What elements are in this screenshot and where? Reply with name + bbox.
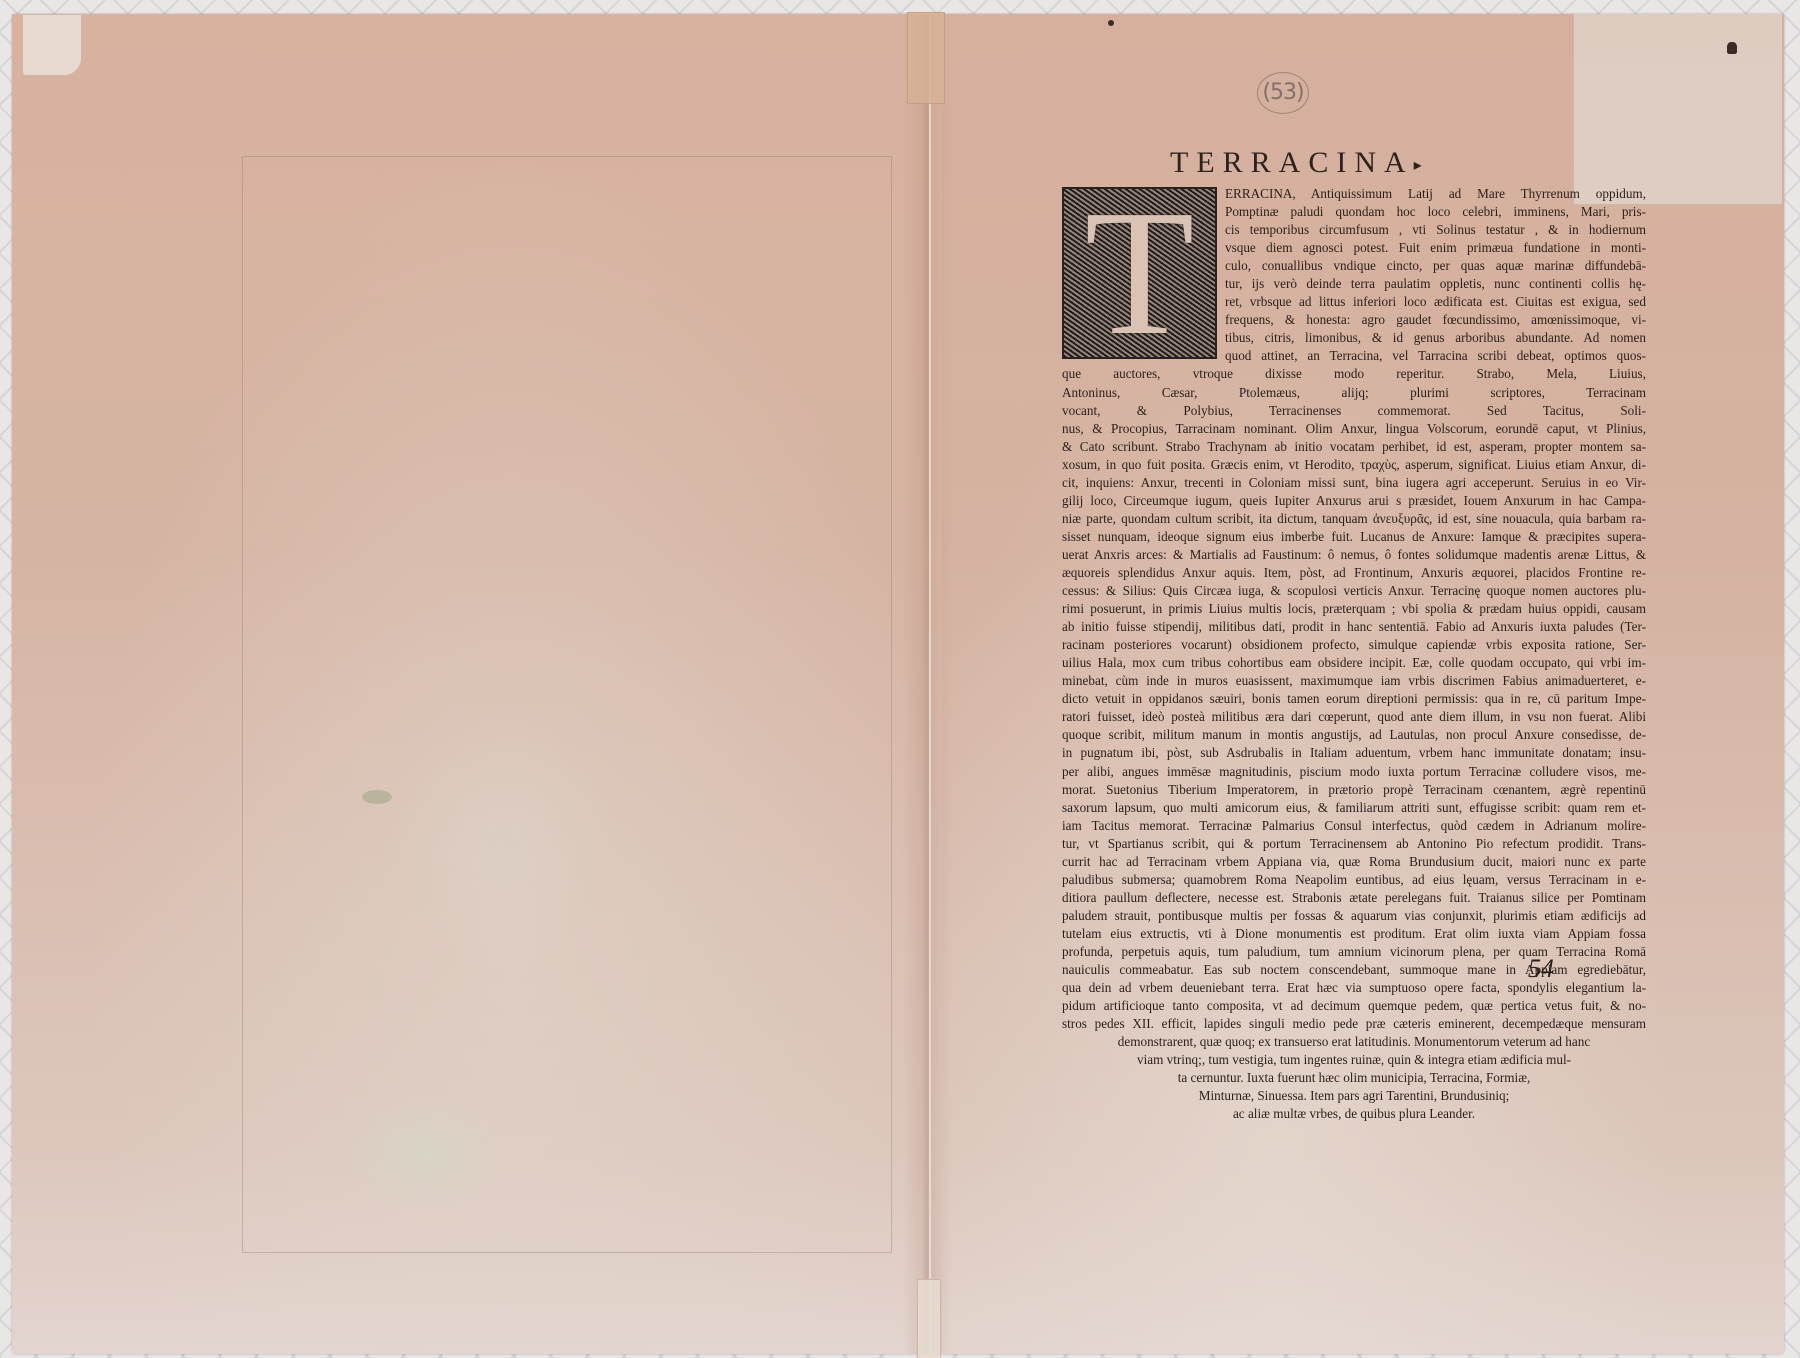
green-spot bbox=[362, 790, 392, 804]
text-line: cit, inquiens: Anxur, trecenti in Coloni… bbox=[1062, 474, 1646, 492]
folio-number: 54 bbox=[1528, 954, 1554, 984]
center-fold bbox=[929, 14, 931, 1354]
text-line: niæ parte, quondam cultum scribit, ita d… bbox=[1062, 510, 1646, 528]
text-line: rimi posuerunt, in primis Liuius multis … bbox=[1062, 600, 1646, 618]
hinge-tape-bottom bbox=[917, 1279, 941, 1358]
text-line: profunda, perpetuis aquis, tum paludium,… bbox=[1062, 943, 1646, 961]
text-line: culo, conuallibus vndique cincto, per qu… bbox=[1225, 257, 1646, 275]
text-line: quoque scribit, militum manum in montis … bbox=[1062, 726, 1646, 744]
text-line: ditiora paullum deflectere, necesse est.… bbox=[1062, 889, 1646, 907]
text-line: paludem strauit, pontibusque multis per … bbox=[1062, 907, 1646, 925]
text-full-width: nus, & Procopius, Tarracinam nominant. O… bbox=[1062, 420, 1646, 1034]
repair-tape-corner bbox=[1573, 14, 1782, 205]
text-line: saxorum lapsum, quo multi amicorum eius,… bbox=[1062, 799, 1646, 817]
text-line: demonstrarent, quæ quoq; ex transuerso e… bbox=[1062, 1033, 1646, 1051]
text-line: ratori fuisset, ideò posteà militibus ær… bbox=[1062, 708, 1646, 726]
text-line: vsque diem agnosci potest. Fuit enim pri… bbox=[1225, 239, 1646, 257]
text-line: gilij loco, Circeumque iugum, queis Iupi… bbox=[1062, 492, 1646, 510]
title-text: TERRACINA bbox=[1170, 146, 1414, 179]
page-title: TERRACINA▸ bbox=[1170, 146, 1422, 180]
text-line: tur, ijs verò deinde terra paulatim oppl… bbox=[1225, 275, 1646, 293]
text-line: Minturnæ, Sinuessa. Item pars agri Taren… bbox=[1062, 1087, 1646, 1105]
text-line: quod attinet, an Terracina, vel Tarracin… bbox=[1225, 347, 1646, 365]
text-line: ERRACINA, Antiquissimum Latij ad Mare Th… bbox=[1225, 185, 1646, 203]
hinge-tape-top bbox=[907, 12, 945, 104]
ink-speck bbox=[1727, 42, 1737, 54]
text-line: in pugnatum ibi, pòst, sub Asdrubalis in… bbox=[1062, 744, 1646, 762]
initial-letter: T bbox=[1064, 189, 1215, 357]
text-line: racinam posteriores vocarunt) obsidionem… bbox=[1062, 636, 1646, 654]
text-line: iam Tacitus memorat. Terracinæ Palmarius… bbox=[1062, 817, 1646, 835]
text-tapered-ending: demonstrarent, quæ quoq; ex transuerso e… bbox=[1062, 1033, 1646, 1123]
plate-mark bbox=[242, 156, 892, 1253]
text-line: minebat, cùm inde in muros euasissent, m… bbox=[1062, 672, 1646, 690]
text-line: uilius Hala, mox cum tribus cohortibus e… bbox=[1062, 654, 1646, 672]
text-line: viam vtrinq;, tum vestigia, tum ingentes… bbox=[1062, 1051, 1646, 1069]
latin-text-block: T ERRACINA, Antiquissimum Latij ad Mare … bbox=[1062, 185, 1646, 1123]
text-line: æquoreis splendidus Anxur aquis. Item, p… bbox=[1062, 564, 1646, 582]
pale-stain bbox=[342, 1094, 502, 1214]
text-line: cessus: & Silius: Quis Circæa iuga, & sc… bbox=[1062, 582, 1646, 600]
water-stain bbox=[392, 714, 612, 974]
text-line: paludibus submersa; quamobrem Roma Neapo… bbox=[1062, 871, 1646, 889]
text-line: qua dein ad vrbem deueniebant terra. Era… bbox=[1062, 979, 1646, 997]
text-line: pidum artificioque tanto composita, vt a… bbox=[1062, 997, 1646, 1015]
ink-speck bbox=[1108, 20, 1114, 26]
text-line: cis temporibus circumfusum , vti Solinus… bbox=[1225, 221, 1646, 239]
text-line: stros pedes XII. efficit, lapides singul… bbox=[1062, 1015, 1646, 1033]
text-line: sisset nunquam, ideoque signum eius imbe… bbox=[1062, 528, 1646, 546]
text-line: vocant, & Polybius, Terracinenses commem… bbox=[1062, 402, 1646, 420]
text-line: Antoninus, Cæsar, Ptolemæus, alijq; plur… bbox=[1062, 384, 1646, 402]
text-line: ta cernuntur. Iuxta fuerunt hæc olim mun… bbox=[1062, 1069, 1646, 1087]
text-line: Pomptinæ paludi quondam hoc loco celebri… bbox=[1225, 203, 1646, 221]
text-line: per alibi, angues immēsæ magnitudinis, p… bbox=[1062, 763, 1646, 781]
text-line: ret, vrbsque ad littus inferiori loco æd… bbox=[1225, 293, 1646, 311]
text-line: nus, & Procopius, Tarracinam nominant. O… bbox=[1062, 420, 1646, 438]
text-line: uerat Anxris arces: & Martialis ad Faust… bbox=[1062, 546, 1646, 564]
text-line: nauiculis commeabatur. Eas sub noctem co… bbox=[1062, 961, 1646, 979]
text-line: tutelam eius extructis, vti à Dione monu… bbox=[1062, 925, 1646, 943]
text-line: ac aliæ multæ vrbes, de quibus plura Lea… bbox=[1062, 1105, 1646, 1123]
center-gutter bbox=[902, 14, 952, 1354]
text-line: ab initio fuisse stipendij, militibus da… bbox=[1062, 618, 1646, 636]
woodcut-initial-icon: T bbox=[1062, 187, 1217, 359]
text-line: frequens, & honesta: agro gaudet fœcundi… bbox=[1225, 311, 1646, 329]
text-line: xosum, in quo fuit posita. Græcis enim, … bbox=[1062, 456, 1646, 474]
text-line: tibus, citris, limonibus, & id genus arb… bbox=[1225, 329, 1646, 347]
text-line: currit hac ad Terracinam vrbem Appiana v… bbox=[1062, 853, 1646, 871]
text-line: morat. Suetonius Tiberium Imperatorem, i… bbox=[1062, 781, 1646, 799]
text-line: tur, vt Spartianus scribit, qui & portum… bbox=[1062, 835, 1646, 853]
text-line: & Cato scribunt. Strabo Trachynam ab ini… bbox=[1062, 438, 1646, 456]
title-mark-icon: ▸ bbox=[1414, 157, 1422, 174]
text-line: dicto vetuit in oppidanos sæuiri, bonis … bbox=[1062, 690, 1646, 708]
mount-tape-top-left bbox=[22, 14, 82, 76]
left-leaf-verso bbox=[12, 14, 924, 1354]
pencil-page-annotation: (53) bbox=[1257, 72, 1309, 114]
